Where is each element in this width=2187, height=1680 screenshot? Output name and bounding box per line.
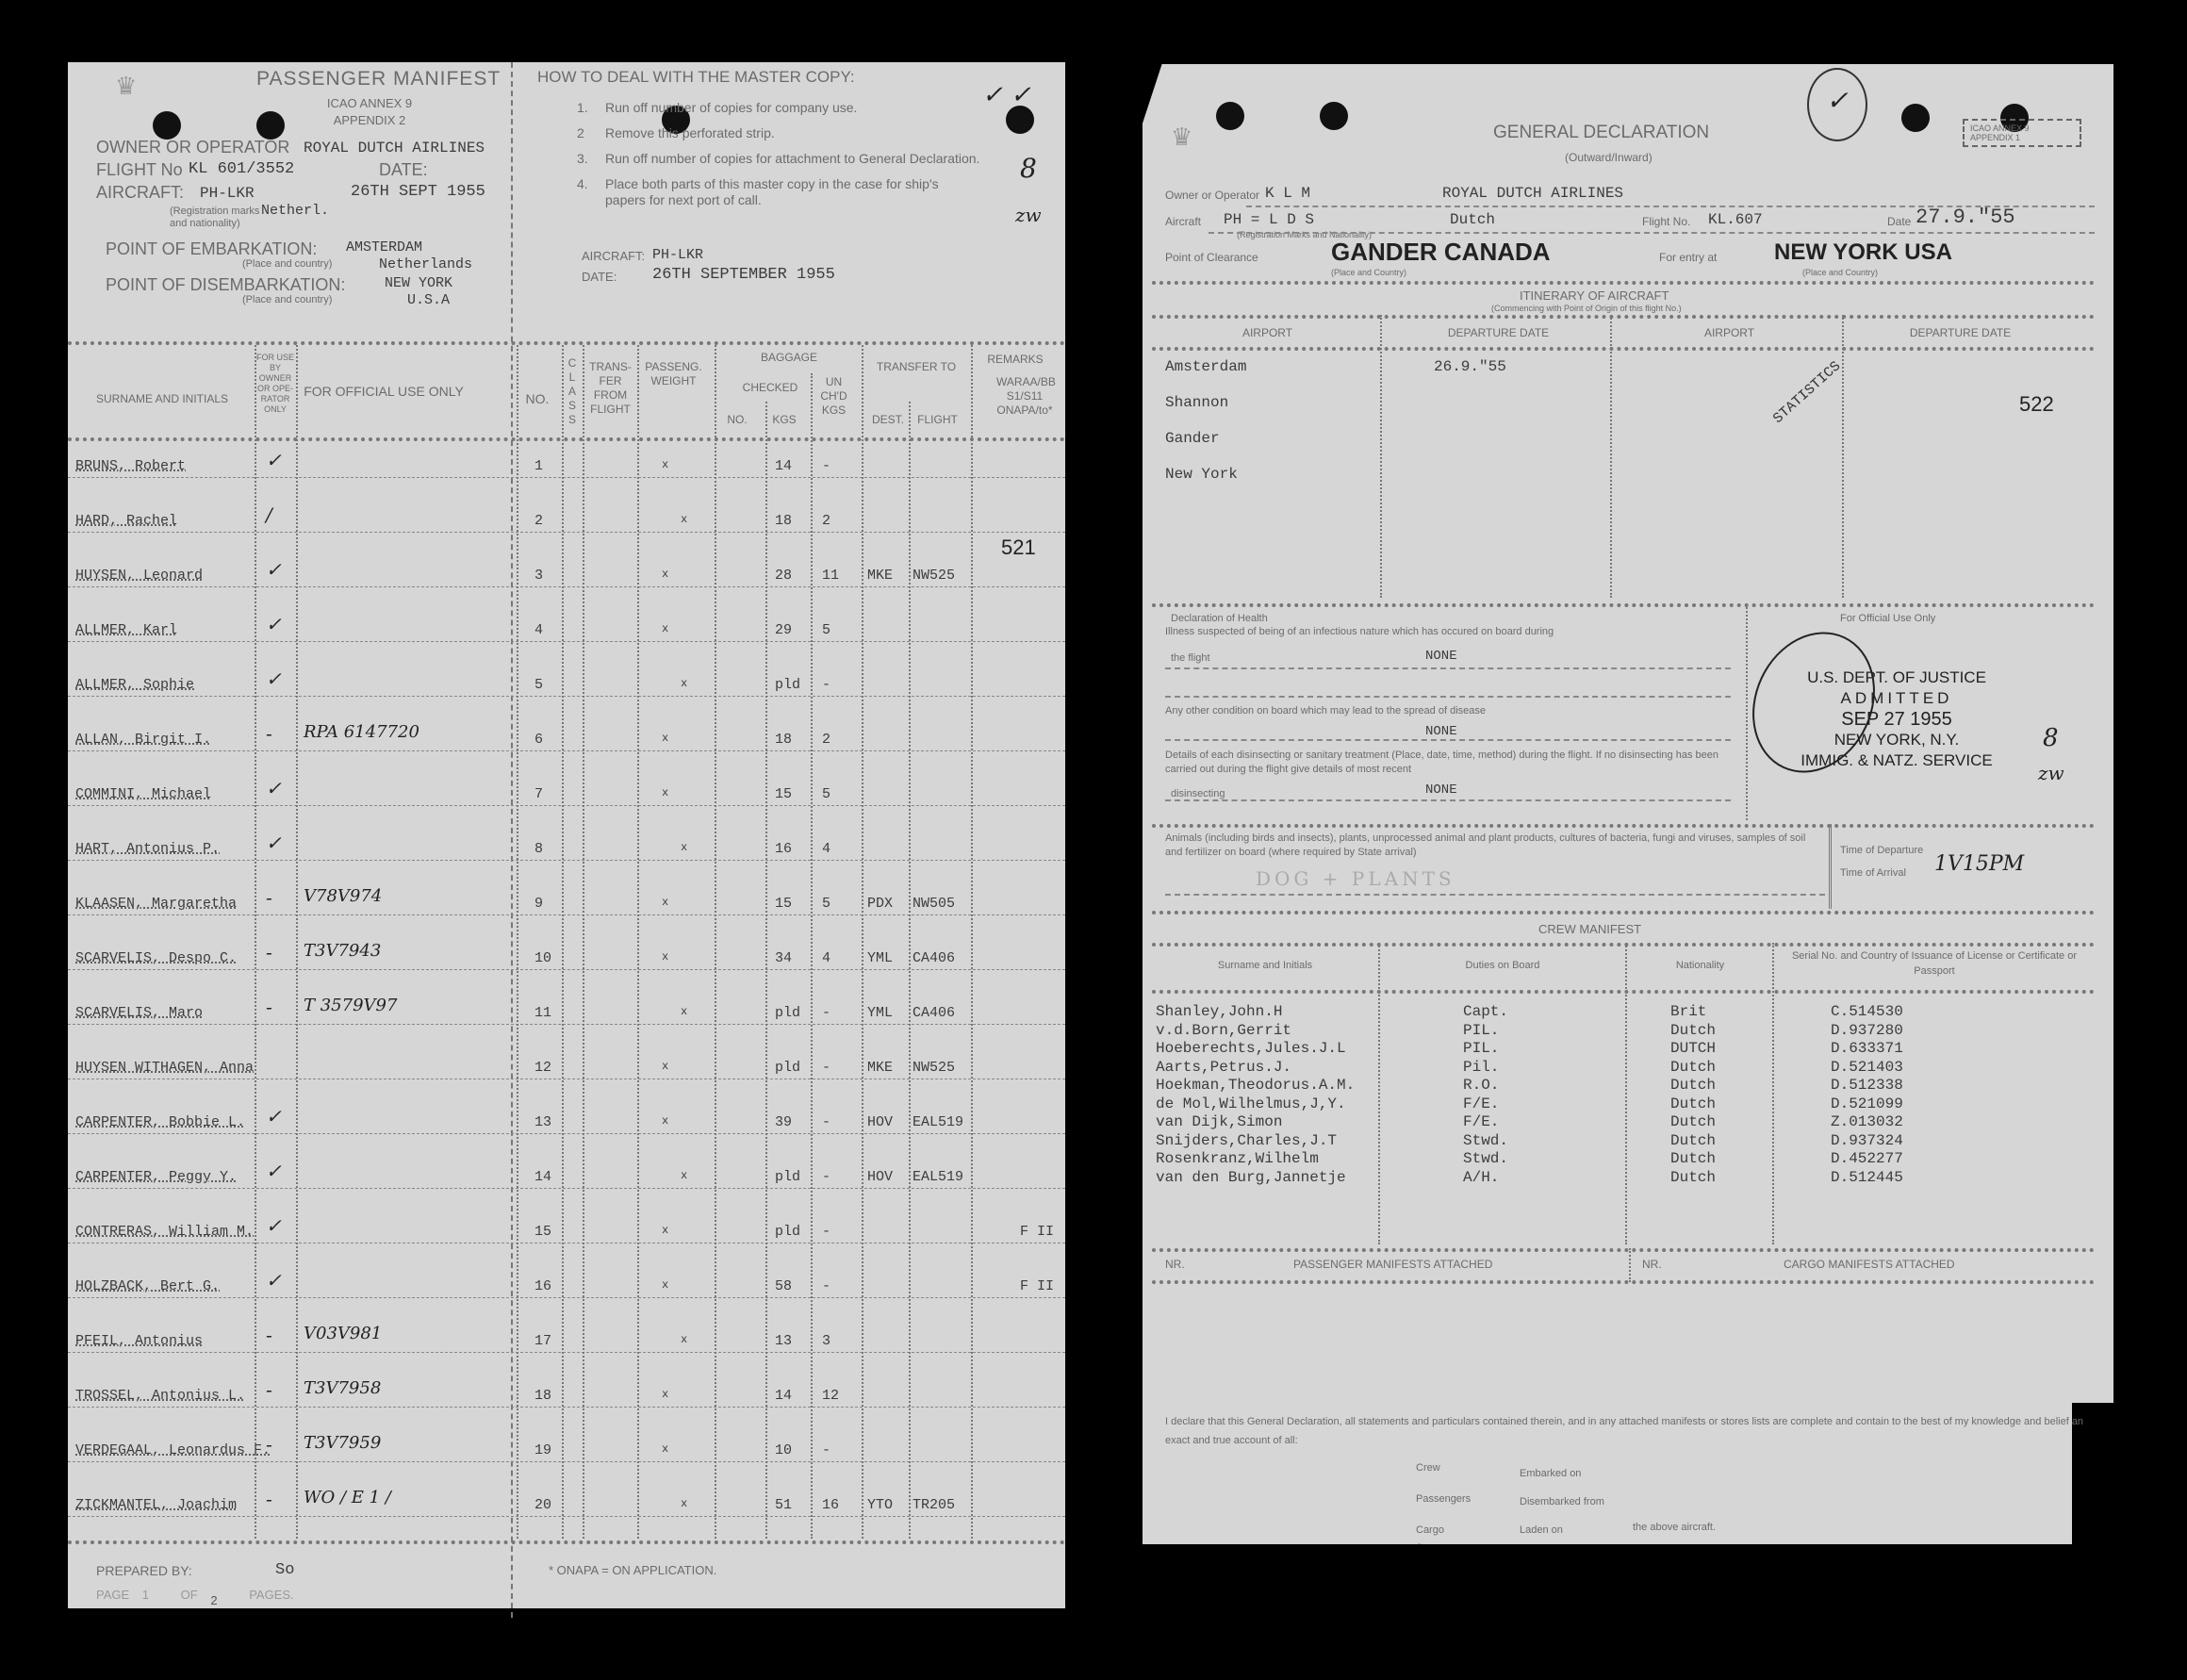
baggage-kgs: pld [775, 1005, 800, 1021]
col-checked: CHECKED [723, 381, 817, 395]
col-official-use: FOR OFFICIAL USE ONLY [299, 385, 469, 399]
unchecked-kgs: - [822, 1169, 830, 1185]
unchecked-kgs: - [822, 1114, 830, 1130]
crew-serial: Z.013032 [1831, 1113, 1903, 1130]
passenger-row: CARPENTER, Bobbie L.✓13x39-HOVEAL519 [68, 1095, 1065, 1150]
crew-name: v.d.Born,Gerrit [1156, 1022, 1291, 1039]
passenger-name: CARPENTER, Bobbie L. [75, 1114, 245, 1130]
crew-row: Rosenkranz,WilhelmStwd.DutchD.452277 [1156, 1150, 2098, 1168]
passenger-name: ALLAN, Birgit I. [75, 732, 211, 748]
weight-mark: x [662, 950, 668, 964]
embarkation-sub: (Place and country) [242, 258, 332, 270]
crew-serial: D.452277 [1831, 1150, 1903, 1167]
passenger-name: ALLMER, Sophie [75, 677, 194, 693]
passenger-number: 17 [534, 1333, 551, 1349]
transfer-flight: NW505 [913, 896, 955, 912]
manifest-title: PASSENGER MANIFEST [256, 68, 501, 91]
row-rule [68, 1079, 1065, 1079]
passenger-number: 3 [534, 568, 543, 584]
declaration-category: Cargo [1416, 1522, 1471, 1540]
passenger-number: 18 [534, 1388, 551, 1404]
declaration-category: Crew [1416, 1459, 1471, 1477]
unchecked-kgs: - [822, 1005, 830, 1021]
unchecked-kgs: - [822, 677, 830, 693]
crew-duty: R.O. [1463, 1077, 1499, 1094]
passenger-manifests-attached: PASSENGER MANIFESTS ATTACHED [1293, 1258, 1492, 1271]
passenger-name: HARD, Rachel [75, 513, 177, 529]
crew-serial: D.512445 [1831, 1169, 1903, 1186]
crew-name: Shanley,John.H [1156, 1003, 1282, 1020]
instr-aircraft-label: AIRCRAFT: [582, 249, 645, 263]
crew-row: van Dijk,SimonF/E.DutchZ.013032 [1156, 1113, 2098, 1131]
weight-mark: x [662, 786, 668, 799]
health-title: Declaration of Health [1171, 613, 1268, 624]
pax-nr-label: NR. [1165, 1258, 1185, 1271]
passenger-row: HOLZBACK, Bert G.✓16x58-F II [68, 1260, 1065, 1314]
baggage-kgs: 18 [775, 513, 792, 529]
baggage-kgs: pld [775, 1169, 800, 1185]
annex-label: ICAO ANNEX 9 [275, 96, 464, 110]
crew-nationality: Dutch [1670, 1169, 1716, 1186]
weight-mark: x [662, 1278, 668, 1292]
col-transfer-from: TRANS-FER FROM FLIGHT [584, 360, 636, 417]
official-use-value: V03V981 [304, 1324, 382, 1343]
baggage-kgs: pld [775, 677, 800, 693]
passenger-number: 11 [534, 1005, 551, 1021]
owner-mark: ✓ [266, 558, 282, 581]
passenger-number: 16 [534, 1278, 551, 1294]
passenger-row: SCARVELIS, Maro-T 3579V9711xpld-YMLCA406 [68, 986, 1065, 1041]
row-rule [68, 477, 1065, 478]
instruction-text: Place both parts of this master copy in … [605, 176, 939, 207]
passenger-row: TROSSEL, Antonius L.-T3V795818x1412 [68, 1369, 1065, 1424]
crew-duty: F/E. [1463, 1113, 1499, 1130]
official-handwritten-initials: zw [2038, 762, 2064, 784]
onapa-note: * ONAPA = ON APPLICATION. [549, 1563, 716, 1577]
crew-header: Nationality [1627, 958, 1773, 973]
registration-value: Netherl. [261, 203, 329, 219]
owner-mark: ✓ [266, 832, 282, 854]
embarkation-country: Netherlands [379, 256, 472, 272]
declaration-action: Laden on [1520, 1516, 1604, 1544]
transfer-dest: MKE [867, 568, 893, 584]
passenger-number: 13 [534, 1114, 551, 1130]
crew-duty: Stwd. [1463, 1150, 1508, 1167]
owner-mark: - [266, 941, 272, 964]
prepared-by-value: So [275, 1561, 294, 1579]
unchecked-kgs: - [822, 458, 830, 474]
crew-row: Hoeberechts,Jules.J.LPIL.DUTCHD.633371 [1156, 1040, 2098, 1058]
unchecked-kgs: 5 [822, 622, 830, 638]
row-rule [68, 532, 1065, 533]
baggage-kgs: 10 [775, 1442, 792, 1458]
owner-mark: - [266, 1324, 272, 1346]
remarks-value: F II [1020, 1278, 1054, 1294]
col-remarks-sub: WARAA/BB S1/S11 ONAPA/to* [996, 375, 1053, 418]
crew-duty: PIL. [1463, 1040, 1499, 1057]
gd-owner-value: K L M [1265, 185, 1310, 202]
crew-serial: D.521403 [1831, 1059, 1903, 1076]
arrival-time-value: 1V15PM [1934, 852, 2024, 876]
declaration-category: Passengers [1416, 1491, 1471, 1508]
owner-mark: ✓ [266, 1160, 282, 1182]
unchecked-kgs: - [822, 1278, 830, 1294]
gd-date-label: Date [1887, 215, 1911, 228]
instruction-number: 4. [577, 176, 588, 192]
baggage-kgs: 13 [775, 1333, 792, 1349]
disembarkation-sub: (Place and country) [242, 294, 332, 305]
owner-mark: ✓ [266, 777, 282, 799]
health-q3: Details of each disinsecting or sanitary… [1165, 749, 1735, 777]
passenger-name: HOLZBACK, Bert G. [75, 1278, 220, 1294]
passenger-row: ALLAN, Birgit I.-RPA 61477206x182 [68, 713, 1065, 767]
baggage-kgs: 29 [775, 622, 792, 638]
crew-nationality: Dutch [1670, 1132, 1716, 1149]
row-rule [68, 1243, 1065, 1244]
passenger-row: BRUNS, Robert✓1x14- [68, 439, 1065, 494]
row-rule [68, 805, 1065, 806]
transfer-flight: NW525 [913, 1060, 955, 1076]
entry-stamp: NEW YORK USA [1774, 239, 1952, 266]
disembarkation-country: U.S.A [407, 292, 450, 308]
crew-duty: F/E. [1463, 1095, 1499, 1112]
declaration-action: Disembarked from [1520, 1488, 1604, 1516]
crew-serial: D.937324 [1831, 1132, 1903, 1149]
crew-nationality: Brit [1670, 1003, 1706, 1020]
baggage-kgs: 58 [775, 1278, 792, 1294]
remarks-value: F II [1020, 1224, 1054, 1240]
crew-row: Snijders,Charles,J.TStwd.DutchD.937324 [1156, 1132, 2098, 1150]
passenger-name: SCARVELIS, Maro [75, 1005, 203, 1021]
instr-aircraft-value: PH-LKR [652, 247, 703, 263]
official-use-value: T3V7959 [304, 1433, 381, 1453]
unchecked-kgs: 11 [822, 568, 839, 584]
transfer-dest: PDX [867, 896, 893, 912]
itinerary-header: AIRPORT [1152, 326, 1383, 339]
crew-name: Aarts,Petrus.J. [1156, 1059, 1291, 1076]
instr-date-value: 26TH SEPTEMBER 1955 [652, 266, 835, 284]
gd-aircraft-nationality: Dutch [1450, 211, 1495, 228]
cargo-nr-label: NR. [1642, 1258, 1662, 1271]
owner-mark: ✓ [266, 667, 282, 690]
col-checked-kgs: KGS [761, 413, 808, 427]
col-owner-use: FOR USE BY OWNER OR OPE-RATOR ONLY [256, 353, 294, 415]
row-rule [68, 586, 1065, 587]
aircraft-value: PH-LKR [200, 185, 255, 202]
animals-value: DOG + PLANTS [1256, 867, 1455, 890]
health-q2: Any other condition on board which may l… [1165, 705, 1486, 716]
registration-label: (Registration marks [170, 206, 259, 217]
itinerary-airport: Shannon [1165, 394, 1228, 411]
baggage-kgs: pld [775, 1060, 800, 1076]
passenger-number: 10 [534, 950, 551, 966]
row-rule [68, 1352, 1065, 1353]
itinerary-airport: New York [1165, 466, 1238, 483]
health-q1-value: NONE [1425, 649, 1457, 664]
baggage-kgs: 16 [775, 841, 792, 857]
crew-duty: PIL. [1463, 1022, 1499, 1039]
passenger-row: PFEIL, Antonius-V03V98117x133 [68, 1314, 1065, 1369]
crew-duty: A/H. [1463, 1169, 1499, 1186]
crew-name: van Dijk,Simon [1156, 1113, 1282, 1130]
baggage-kgs: 18 [775, 732, 792, 748]
date-label: DATE: [379, 160, 428, 180]
instruction-text: Remove this perforated strip. [605, 125, 775, 140]
col-passenger-weight: PASSENG. WEIGHT [638, 360, 709, 388]
aircraft-label: AIRCRAFT: [96, 183, 184, 203]
owner-mark: ✓ [266, 449, 282, 471]
unchecked-kgs: 5 [822, 896, 830, 912]
row-rule [68, 914, 1065, 915]
row-rule [68, 641, 1065, 642]
passenger-number: 6 [534, 732, 543, 748]
transfer-dest: MKE [867, 1060, 893, 1076]
arrival-time-label: Time of Arrival [1840, 867, 1906, 879]
itinerary-header: DEPARTURE DATE [1383, 326, 1614, 339]
crew-row: van den Burg,JannetjeA/H.DutchD.512445 [1156, 1169, 2098, 1187]
weight-mark: x [681, 1005, 687, 1018]
passenger-row: ALLMER, Sophie✓5xpld- [68, 658, 1065, 713]
col-dest: DEST. [864, 413, 912, 427]
official-use-value: T3V7943 [304, 941, 381, 961]
gd-flight-value: KL.607 [1708, 211, 1763, 228]
passenger-number: 14 [534, 1169, 551, 1185]
col-flight: FLIGHT [912, 413, 963, 427]
crew-row: de Mol,Wilhelmus,J,Y.F/E.DutchD.521099 [1156, 1095, 2098, 1113]
embarkation-label: POINT OF EMBARKATION: [106, 239, 317, 259]
weight-mark: x [681, 677, 687, 690]
declaration-subtitle: (Outward/Inward) [1565, 151, 1653, 164]
crew-nationality: Dutch [1670, 1095, 1716, 1112]
owner-mark: - [266, 886, 272, 909]
col-checked-no: NO. [718, 413, 756, 427]
row-rule [68, 1461, 1065, 1462]
crew-serial: C.514530 [1831, 1003, 1903, 1020]
baggage-kgs: 28 [775, 568, 792, 584]
entry-sub: (Place and Country) [1802, 268, 1878, 277]
official-use-value: WO / E 1 / [304, 1488, 391, 1507]
crew-row: Shanley,John.HCapt.BritC.514530 [1156, 1003, 2098, 1021]
crew-manifest-title: CREW MANIFEST [1538, 922, 1641, 936]
passenger-number: 4 [534, 622, 543, 638]
passenger-number: 12 [534, 1060, 551, 1076]
date-value: 26TH SEPT 1955 [351, 183, 485, 201]
disembarkation-value: NEW YORK [385, 275, 452, 291]
declaration-actions: Embarked onDisembarked fromLaden onUnlad… [1520, 1459, 1604, 1573]
passenger-manifest-sheet: ♛ PASSENGER MANIFEST ICAO ANNEX 9 APPEND… [68, 62, 1065, 1608]
passenger-name: ALLMER, Karl [75, 622, 177, 638]
passenger-number: 15 [534, 1224, 551, 1240]
col-transfer-to: TRANSFER TO [869, 360, 963, 374]
passenger-number: 7 [534, 786, 543, 802]
registration-label-2: and nationality) [170, 218, 240, 229]
departure-time-label: Time of Departure [1840, 845, 1923, 856]
owner-mark: ✓ [266, 1269, 282, 1292]
signature-sub: Pilot-in-command or Authorized Agent [1755, 1597, 1882, 1606]
crew-nationality: Dutch [1670, 1150, 1716, 1167]
passenger-name: COMMINI, Michael [75, 786, 211, 802]
baggage-kgs: 14 [775, 1388, 792, 1404]
unchecked-kgs: 4 [822, 841, 830, 857]
health-q3-lead: disinsecting [1171, 788, 1225, 799]
klm-logo-icon: ♛ [115, 72, 137, 101]
crew-name: van den Burg,Jannetje [1156, 1169, 1346, 1186]
unchecked-kgs: 2 [822, 513, 830, 529]
health-q3-value: NONE [1425, 782, 1457, 798]
row-rule [68, 1188, 1065, 1189]
itinerary-headers: AIRPORTDEPARTURE DATEAIRPORTDEPARTURE DA… [1152, 322, 2095, 345]
crew-nationality: DUTCH [1670, 1040, 1716, 1057]
owner-mark: ✓ [266, 1105, 282, 1128]
unchecked-kgs: 5 [822, 786, 830, 802]
col-class: CLASS [566, 356, 579, 427]
gd-owner-label: Owner or Operator [1165, 189, 1259, 202]
embarkation-value: AMSTERDAM [346, 239, 422, 255]
owner-mark: - [266, 1488, 272, 1510]
transfer-flight: EAL519 [913, 1169, 963, 1185]
unchecked-kgs: 2 [822, 732, 830, 748]
crew-duty: Stwd. [1463, 1132, 1508, 1149]
weight-mark: x [681, 1497, 687, 1510]
baggage-kgs: 14 [775, 458, 792, 474]
instruction-item: 4.Place both parts of this master copy i… [577, 176, 982, 208]
owner-mark: - [266, 1433, 272, 1456]
general-declaration-sheet: ♛ GENERAL DECLARATION (Outward/Inward) ✓… [1143, 64, 2113, 1544]
punch-hole [1320, 102, 1348, 130]
weight-mark: x [681, 841, 687, 854]
weight-mark: x [662, 1388, 668, 1401]
baggage-kgs: 15 [775, 896, 792, 912]
passenger-number: 19 [534, 1442, 551, 1458]
weight-mark: x [662, 1442, 668, 1456]
crew-header: Surname and Initials [1152, 958, 1378, 973]
instruction-text: Run off number of copies for company use… [605, 100, 857, 115]
cargo-manifests-attached: CARGO MANIFESTS ATTACHED [1784, 1258, 1955, 1271]
passenger-name: CONTRERAS, William M. [75, 1224, 254, 1240]
transfer-dest: HOV [867, 1169, 893, 1185]
unchecked-kgs: - [822, 1224, 830, 1240]
crew-name: Hoekman,Theodorus.A.M. [1156, 1077, 1355, 1094]
transfer-dest: YML [867, 950, 893, 966]
owner-mark: - [266, 722, 272, 745]
row-rule [68, 1407, 1065, 1408]
passenger-number: 9 [534, 896, 543, 912]
punch-hole [1216, 102, 1244, 130]
appendix-label: APPENDIX 2 [275, 113, 464, 127]
passenger-number: 5 [534, 677, 543, 693]
col-no: NO. [518, 392, 556, 406]
official-use-value: T 3579V97 [304, 996, 397, 1015]
crew-nationality: Dutch [1670, 1077, 1716, 1094]
col-remarks: REMARKS [973, 353, 1058, 367]
crew-header: Serial No. and Country of Issuance of Li… [1774, 948, 2095, 979]
transfer-flight: EAL519 [913, 1114, 963, 1130]
weight-mark: x [681, 1169, 687, 1182]
owner-label: OWNER OR OPERATOR [96, 138, 289, 157]
handwritten-check: ✓ ✓ [982, 81, 1031, 109]
passenger-row: HUYSEN WITHAGEN, Anna12xpld-MKENW525 [68, 1041, 1065, 1095]
owner-value: ROYAL DUTCH AIRLINES [304, 140, 485, 156]
unchecked-kgs: 16 [822, 1497, 839, 1513]
itinerary-header: AIRPORT [1614, 326, 1845, 339]
signature-label: Signature [1614, 1582, 1658, 1593]
itinerary-airport: Gander [1165, 430, 1220, 447]
row-rule [68, 1024, 1065, 1025]
clearance-stamp: GANDER CANADA [1331, 238, 1551, 267]
weight-mark: x [681, 513, 687, 526]
stat-number: 522 [2019, 392, 2054, 417]
statistics-stamp: STATISTICS [1770, 358, 1844, 427]
baggage-kgs: pld [775, 1224, 800, 1240]
crew-name: Rosenkranz,Wilhelm [1156, 1150, 1319, 1167]
crew-serial: D.633371 [1831, 1040, 1903, 1057]
itinerary-sub: (Commencing with Point of Origin of this… [1491, 304, 1682, 313]
row-rule [68, 1133, 1065, 1134]
passenger-name: BRUNS, Robert [75, 458, 186, 474]
official-use-value: RPA 6147720 [304, 722, 419, 742]
gd-date-value: 27.9."55 [1916, 206, 2015, 229]
declaration-categories: CrewPassengersCargoStoresMail [1416, 1459, 1471, 1575]
instructions-title: HOW TO DEAL WITH THE MASTER COPY: [537, 68, 855, 87]
unchecked-kgs: - [822, 1060, 830, 1076]
passenger-name: PFEIL, Antonius [75, 1333, 203, 1349]
row-rule [68, 696, 1065, 697]
declaration-category: Stores [1416, 1540, 1471, 1557]
baggage-kgs: 15 [775, 786, 792, 802]
crew-nationality: Dutch [1670, 1059, 1716, 1076]
itinerary-header: DEPARTURE DATE [1845, 326, 2076, 339]
transfer-flight: CA406 [913, 950, 955, 966]
gd-flight-label: Flight No. [1642, 215, 1690, 228]
instruction-number: 3. [577, 151, 588, 167]
passenger-name: ZICKMANTEL, Joachim [75, 1497, 237, 1513]
transfer-flight: TR205 [913, 1497, 955, 1513]
baggage-kgs: 34 [775, 950, 792, 966]
passenger-name: SCARVELIS, Despo C. [75, 950, 237, 966]
health-q1-lead: the flight [1171, 652, 1210, 664]
weight-mark: x [662, 622, 668, 635]
transfer-flight: CA406 [913, 1005, 955, 1021]
unchecked-kgs: 3 [822, 1333, 830, 1349]
official-handwritten-number: 8 [2043, 724, 2059, 752]
crew-duty: Pil. [1463, 1059, 1499, 1076]
passenger-row: KLAASEN, Margaretha-V78V9749x155PDXNW505 [68, 877, 1065, 931]
health-q1: Illness suspected of being of an infecti… [1165, 626, 1731, 637]
transfer-dest: YML [867, 1005, 893, 1021]
crew-duty: Capt. [1463, 1003, 1508, 1020]
handwritten-number: 8 [1020, 153, 1037, 184]
crew-nationality: Dutch [1670, 1113, 1716, 1130]
gd-owner-value-2: ROYAL DUTCH AIRLINES [1442, 185, 1623, 202]
instr-date-label: DATE: [582, 270, 617, 284]
owner-mark: ✓ [266, 613, 282, 635]
crew-headers: Surname and InitialsDuties on BoardNatio… [1152, 948, 2095, 986]
passenger-name: TROSSEL, Antonius L. [75, 1388, 245, 1404]
declaration-action: Unladen from [1520, 1544, 1604, 1573]
passenger-name: HUYSEN, Leonard [75, 568, 203, 584]
gd-aircraft-label: Aircraft [1165, 215, 1201, 228]
passenger-row: CARPENTER, Peggy Y.✓14xpld-HOVEAL519 [68, 1150, 1065, 1205]
passenger-row: HUYSEN, Leonard✓3x2811MKENW525 [68, 549, 1065, 603]
itinerary-title: ITINERARY OF AIRCRAFT [1520, 288, 1669, 303]
itinerary-airport: Amsterdam [1165, 358, 1246, 375]
klm-logo-icon: ♛ [1171, 123, 1192, 152]
punch-hole [153, 111, 181, 140]
crew-row: Aarts,Petrus.J.Pil.DutchD.521403 [1156, 1059, 2098, 1077]
passenger-row: ZICKMANTEL, Joachim-WO / E 1 /20x5116YTO… [68, 1478, 1065, 1533]
flight-label: FLIGHT No [96, 160, 183, 180]
declaration-title: GENERAL DECLARATION [1493, 123, 1709, 143]
